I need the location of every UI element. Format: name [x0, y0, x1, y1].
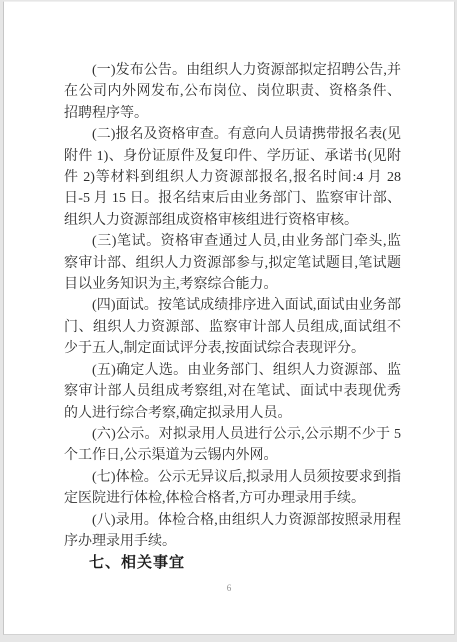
section-heading: 七、相关事宜 [64, 552, 401, 574]
paragraph-1-publish-notice: (一)发布公告。由组织人力资源部拟定招聘公告,并在公司内外网发布,公布岗位、岗位… [64, 60, 401, 124]
paragraph-3-written-test: (三)笔试。资格审查通过人员,由业务部门牵头,监察审计部、组织人力资源部参与,拟… [64, 231, 401, 295]
paragraph-7-physical-exam: (七)体检。公示无异议后,拟录用人员须按要求到指定医院进行体检,体检合格者,方可… [64, 467, 401, 510]
paragraph-2-registration-review: (二)报名及资格审查。有意向人员请携带报名表(见附件 1)、身份证原件及复印件、… [64, 124, 401, 231]
page-number: 6 [4, 583, 454, 593]
paragraph-8-employment: (八)录用。体检合格,由组织人力资源部按照录用程序办理录用手续。 [64, 510, 401, 553]
paragraph-6-public-announcement: (六)公示。对拟录用人员进行公示,公示期不少于 5 个工作日,公示渠道为云锡内外… [64, 424, 401, 467]
paragraph-5-candidate-selection: (五)确定人选。由业务部门、组织人力资源部、监察审计部人员组成考察组,对在笔试、… [64, 360, 401, 424]
document-body: (一)发布公告。由组织人力资源部拟定招聘公告,并在公司内外网发布,公布岗位、岗位… [64, 60, 401, 574]
document-page: (一)发布公告。由组织人力资源部拟定招聘公告,并在公司内外网发布,公布岗位、岗位… [3, 1, 455, 635]
paragraph-4-interview: (四)面试。按笔试成绩排序进入面试,面试由业务部门、组织人力资源部、监察审计部人… [64, 295, 401, 359]
